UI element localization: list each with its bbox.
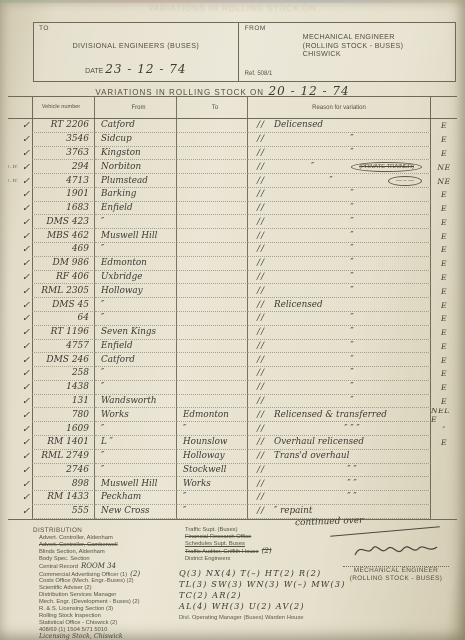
reason-text: Overhaul relicensed [274,437,430,447]
to-location: Holloway [177,450,248,464]
tally-marks: ∕∕ [248,244,274,254]
table-row: ✓RF 406Uxbridge∕∕″E [8,271,457,285]
row-gutter: ✓ [8,477,32,491]
margin-code: E [431,119,457,133]
to-location: ″ [177,505,248,519]
col-header-reason: Reason for variation [248,97,431,118]
code-line: TL(3) SW(3) WN(3) W(–) MW(3) [179,579,337,590]
row-gutter: ✓ [8,381,32,395]
margin-code: E [431,243,457,257]
signature-block: MECHANICAL ENGINEER (ROLLING STOCK - BUS… [337,527,455,638]
table-row: ✓1438″∕∕″E [8,381,457,395]
from-location: Barking [95,188,177,202]
margin-code [431,477,457,491]
table-row: ✓RT 2206Catford∕∕DelicensedE [8,119,457,133]
to-location [177,147,248,161]
table-row: ✓DMS 423″∕∕″E [8,215,457,229]
table-row: ✓RM 1401L ″Hounslow∕∕Overhaul relicensed… [8,436,457,450]
vehicle-number: 258 [32,367,95,381]
vehicle-number: 780 [32,408,95,422]
from-location: Holloway [95,284,177,298]
reason-cell: ∕∕″ ″ [248,491,431,505]
from-location: Muswell Hill [95,229,177,243]
table-row: ✓3546Sidcup∕∕″E [8,133,457,147]
from-location: Enfield [95,202,177,216]
table-row: ✓RT 1196Seven Kings∕∕″E [8,326,457,340]
signature-caption-1: MECHANICAL ENGINEER [337,567,455,575]
row-gutter: ✓ [8,271,32,285]
reason-cell: ∕∕″ ″ ″ [248,422,431,436]
reason-text: ″ [274,162,351,172]
reason-cell: ∕∕″ [248,188,431,202]
vehicle-number: 64 [32,312,95,326]
table-row: Pte. tr.✓4713Plumstead∕∕″— – —NE [8,174,457,188]
vehicle-number: 898 [32,477,95,491]
vehicle-number: 1609 [32,422,95,436]
check-icon: ✓ [22,492,30,503]
tally-marks: ∕∕ [248,286,274,296]
tally-marks: ∕∕ [248,437,274,447]
tally-marks: ∕∕ [248,176,274,186]
tally-marks: ∕∕ [248,203,274,213]
margin-code: E [431,381,457,395]
list-item: Mech. Engr. (Development - Buses) (2) [33,599,179,606]
scanned-form-page: VARIATIONS IN ROLLING STOCK ON TO DIVISI… [0,0,465,640]
from-box: FROM MECHANICAL ENGINEER (ROLLING STOCK … [239,23,455,81]
table-row: ✓RML 2749″Holloway∕∕Trans'd overhaul [8,450,457,464]
from-location: Muswell Hill [95,477,177,491]
margin-code: ″ [431,422,457,436]
garage-allocation-codes: Q(3) NX(4) T(–) HT(2) R(2)TL(3) SW(3) WN… [179,568,337,612]
table-row: ✓1609″″∕∕″ ″ ″″ [8,422,457,436]
margin-code: E [431,340,457,354]
recipient-items: Traffic Supt. (Buses)Financial Research … [179,527,337,563]
margin-code: E [431,298,457,312]
tally-marks: ∕∕ [248,506,274,516]
table-row: ✓258″∕∕″E [8,367,457,381]
vehicle-number: 2746 [32,464,95,478]
vehicle-number: RM 1401 [32,436,95,450]
table-body: ✓RT 2206Catford∕∕DelicensedE✓3546Sidcup∕… [8,119,457,520]
reason-annotation: (PRIVATE TRAINER) [351,162,422,172]
margin-code: E [431,215,457,229]
check-icon: ✓ [22,479,30,490]
list-item: Traffic Auditor, Griffith House(2) [179,548,337,556]
to-value: DIVISIONAL ENGINEERS (BUSES) [39,41,233,50]
margin-code [431,505,457,519]
list-item-text: Mech. Engr. (Development - Buses) (2) [39,599,140,605]
row-gutter: ✓ [8,505,32,519]
ink-bleed-ghost-text: VARIATIONS IN ROLLING STOCK ON [60,4,405,13]
margin-code: E [431,284,457,298]
from-location: Peckham [95,491,177,505]
to-location [177,367,248,381]
tally-marks: ∕∕ [248,134,274,144]
from-location: ″ [95,464,177,478]
handwritten-addition: (2) [262,547,272,555]
from-location: ″ [95,367,177,381]
from-location: Wandsworth [95,395,177,409]
to-location [177,271,248,285]
reason-text: ″ [274,355,430,365]
reason-text: ″ ″ ″ [274,424,430,434]
from-location: New Cross [95,505,177,519]
list-item-text: Traffic Supt. (Buses) [185,527,238,533]
from-location: Kingston [95,147,177,161]
reason-cell: ∕∕″(PRIVATE TRAINER) [248,160,431,174]
list-item-text: Licensing Stock, Chiswick [39,633,123,640]
signature-scribble-icon [351,539,441,561]
to-location [177,160,248,174]
check-icon: ✓ [22,134,30,145]
from-location: Norbiton [95,160,177,174]
list-item-text: Advert. Controller, Aldenham [39,535,113,541]
margin-code: E [431,367,457,381]
tally-marks: ∕∕ [248,368,274,378]
table-row: ✓RML 2305Holloway∕∕″E [8,284,457,298]
from-location: Catford [95,353,177,367]
vehicle-number: 555 [32,505,95,519]
from-location: ″ [95,381,177,395]
reason-cell: ∕∕″ [248,367,431,381]
from-location: Catford [95,119,177,133]
list-item-text: Traffic Auditor, Griffith House [185,549,259,555]
reason-text: ″ ″ [274,492,430,502]
col-header-to: To [177,97,248,118]
col-header-vehicle: Vehicle number [32,97,95,118]
list-item-text: District Engineers [185,556,230,562]
margin-code: E [431,202,457,216]
to-location [177,312,248,326]
margin-code: NE [431,174,457,188]
reference-number: Ref. 508/1 [245,71,273,77]
tally-marks: ∕∕ [248,313,274,323]
table-row: ✓3763Kingston∕∕″E [8,147,457,161]
margin-code: E [431,353,457,367]
reason-text: ″ repaint [274,506,430,516]
from-address: MECHANICAL ENGINEER (ROLLING STOCK - BUS… [303,33,449,59]
row-gutter: ✓ [8,436,32,450]
table-row: ✓DMS 45″∕∕RelicensedE [8,298,457,312]
vehicle-number: RF 406 [32,271,95,285]
reason-cell: ∕∕″ [248,243,431,257]
list-item-text: Schedules Supt. Buses [185,541,245,547]
row-gutter: ✓ [8,491,32,505]
check-icon: ✓ [22,437,30,448]
reason-cell: ∕∕Relicensed & transferred [248,408,431,422]
from-location: Enfield [95,340,177,354]
row-gutter: ✓ [8,312,32,326]
reason-text: Delicensed [274,120,430,130]
to-location [177,340,248,354]
list-item: Licensing Stock, Chiswick [33,634,179,640]
row-gutter: ✓ [8,147,32,161]
date-handwritten: 23 - 12 - 74 [105,62,186,76]
row-gutter: ✓ [8,243,32,257]
tally-marks: ∕∕ [248,189,274,199]
reason-text: ″ [274,341,430,351]
check-icon: ✓ [22,300,30,311]
distribution-list: DISTRIBUTION Advert. Controller, Aldenha… [33,527,179,638]
vehicle-number: 131 [32,395,95,409]
scan-artifact-fringe [0,0,465,3]
table-row: ✓555New Cross″∕∕″ repaint [8,505,457,519]
margin-code: E [431,188,457,202]
reason-cell: ∕∕″ ″ [248,464,431,478]
row-gutter: ✓ [8,353,32,367]
vehicle-number: RT 2206 [32,119,95,133]
margin-code [431,450,457,464]
col-header-from: From [95,97,177,118]
to-location: Stockwell [177,464,248,478]
vehicle-number: 294 [32,160,95,174]
reason-text: Trans'd overhaul [274,451,430,461]
reason-cell: ∕∕″ [248,133,431,147]
row-gutter: ✓ [8,188,32,202]
tally-marks: ∕∕ [248,327,274,337]
to-location [177,326,248,340]
table-row: ✓1683Enfield∕∕″E [8,202,457,216]
reason-cell: ∕∕″ [248,229,431,243]
from-location: Uxbridge [95,271,177,285]
list-item-text: Central Record [39,564,78,570]
handwritten-addition: ROOM 34 [81,562,116,570]
to-location [177,119,248,133]
to-location [177,257,248,271]
tally-marks: ∕∕ [248,465,274,475]
list-item-text: Statistical Office - Chiswick (2) [39,620,117,626]
reason-text: ″ [274,176,388,186]
margin-code [431,491,457,505]
reason-text: ″ [274,189,430,199]
table-row: ✓RM 1433Peckham″∕∕″ ″ [8,491,457,505]
from-location: ″ [95,422,177,436]
reason-cell: ∕∕″ [248,284,431,298]
margin-code: E [431,229,457,243]
reason-text: ″ [274,258,430,268]
to-location [177,395,248,409]
row-gutter: ✓ [8,284,32,298]
check-icon: ✓ [22,451,30,462]
reason-cell: ∕∕Relicensed [248,298,431,312]
row-gutter: ✓ [8,257,32,271]
to-location [177,229,248,243]
from-location: ″ [95,312,177,326]
check-icon: ✓ [22,396,30,407]
to-location: Edmonton [177,408,248,422]
margin-code: E [431,257,457,271]
vehicle-number: 4713 [32,174,95,188]
list-item: Traffic Supt. (Buses) [179,527,337,534]
recipients-column: Traffic Supt. (Buses)Financial Research … [179,527,337,638]
list-item-text: R. & S. Licensing Section (3) [39,606,113,612]
reason-text: ″ [274,396,430,406]
row-gutter: ✓ [8,133,32,147]
row-gutter: ✓ [8,408,32,422]
from-location: Edmonton [95,257,177,271]
row-gutter: ✓ [8,326,32,340]
margin-code: E [431,436,457,450]
to-location [177,202,248,216]
reason-text: Relicensed [274,300,430,310]
vehicle-number: 1683 [32,202,95,216]
from-location: ″ [95,450,177,464]
vehicle-number: RT 1196 [32,326,95,340]
table-row: ✓898Muswell HillWorks∕∕″ ″ [8,477,457,491]
list-item: Distribution Services Manager [33,592,179,599]
date-line: DATE 23 - 12 - 74 [34,62,238,76]
tally-marks: ∕∕ [248,258,274,268]
list-item-text: Costs Office (Mech. Engr.-Buses) (2) [39,578,134,584]
check-icon: ✓ [22,148,30,159]
vehicle-number: 4757 [32,340,95,354]
from-location: Works [95,408,177,422]
list-item: Commercial Advertising Officer (1)(2) [33,571,179,579]
code-line: AL(4) WH(3) U(2) AV(2) [179,601,337,612]
margin-code: E [431,147,457,161]
table-row: ✓MBS 462Muswell Hill∕∕″E [8,229,457,243]
row-gutter: Pte. tr.✓ [8,174,32,188]
row-gutter: Pte. tr.✓ [8,160,32,174]
table-row: ✓64″∕∕″E [8,312,457,326]
row-gutter: ✓ [8,229,32,243]
table-row: ✓1901Barking∕∕″E [8,188,457,202]
check-icon: ✓ [22,244,30,255]
tally-marks: ∕∕ [248,162,274,172]
vehicle-number: DM 986 [32,257,95,271]
reason-text: ″ [274,244,430,254]
signature [343,539,449,567]
header-boxes: TO DIVISIONAL ENGINEERS (BUSES) DATE 23 … [33,22,456,82]
list-item: Blinds Section, Aldenham [33,549,179,556]
row-gutter: ✓ [8,119,32,133]
margin-note: Pte. tr. [8,164,18,170]
list-item: Statistical Office - Chiswick (2) [33,620,179,627]
from-label: FROM [245,25,449,32]
margin-code: E [431,271,457,285]
vehicle-number: 1901 [32,188,95,202]
tally-marks: ∕∕ [248,120,274,130]
vehicle-number: RML 2305 [32,284,95,298]
list-item: Advert. Controller, Aldenham [33,535,179,542]
reason-text: ″ [274,368,430,378]
reason-cell: ∕∕Delicensed [248,119,431,133]
list-item-text: Scientific Adviser (2) [39,585,92,591]
tally-marks: ∕∕ [248,410,274,420]
reason-cell: ∕∕″ [248,312,431,326]
reason-text: ″ [274,203,430,213]
table-row: ✓780WorksEdmonton∕∕Relicensed & transfer… [8,408,457,422]
check-icon: ✓ [22,120,30,131]
check-icon: ✓ [22,189,30,200]
to-location [177,284,248,298]
tally-marks: ∕∕ [248,148,274,158]
list-item-text: Distribution Services Manager [39,592,116,598]
handwritten-addition: (2) [130,570,140,578]
reason-cell: ∕∕″— – — [248,174,431,188]
check-icon: ✓ [22,506,30,517]
reason-text: ″ [274,134,430,144]
reason-cell: ∕∕″ [248,271,431,285]
list-item: Central RecordROOM 34 [33,563,179,571]
check-icon: ✓ [22,424,30,435]
reason-text: ″ ″ [274,479,430,489]
vehicle-number: 1438 [32,381,95,395]
reason-cell: ∕∕Overhaul relicensed [248,436,431,450]
check-icon: ✓ [22,465,30,476]
to-location: ″ [177,422,248,436]
check-icon: ✓ [22,176,30,187]
tally-marks: ∕∕ [248,300,274,310]
list-item: Costs Office (Mech. Engr.-Buses) (2) [33,578,179,585]
reason-cell: ∕∕″ [248,215,431,229]
to-location [177,188,248,202]
row-gutter: ✓ [8,464,32,478]
table-row: Pte. tr.✓294Norbiton∕∕″(PRIVATE TRAINER)… [8,160,457,174]
reason-text: ″ [274,286,430,296]
to-box: TO DIVISIONAL ENGINEERS (BUSES) DATE 23 … [34,23,239,81]
reason-text: ″ ″ [274,465,430,475]
to-location [177,133,248,147]
vehicle-number: RML 2749 [32,450,95,464]
reason-cell: ∕∕Trans'd overhaul [248,450,431,464]
tally-marks: ∕∕ [248,231,274,241]
vehicle-number: RM 1433 [32,491,95,505]
check-icon: ✓ [22,327,30,338]
row-gutter: ✓ [8,298,32,312]
row-gutter: ✓ [8,450,32,464]
code-line: TC(2) AR(2) [179,590,337,601]
to-location: Hounslow [177,436,248,450]
check-icon: ✓ [22,313,30,324]
reason-text: Relicensed & transferred [274,410,430,420]
check-icon: ✓ [22,203,30,214]
to-location [177,243,248,257]
table-row: ✓DMS 246Catford∕∕″E [8,353,457,367]
list-item-text: Commercial Advertising Officer (1) [39,572,127,578]
reason-text: ″ [274,217,430,227]
reason-cell: ∕∕″ [248,395,431,409]
list-item-text: Body Spec. Section [39,556,90,562]
tally-marks: ∕∕ [248,396,274,406]
to-location [177,298,248,312]
row-gutter: ✓ [8,422,32,436]
margin-code: E [431,326,457,340]
to-location [177,174,248,188]
check-icon: ✓ [22,410,30,421]
row-gutter: ✓ [8,202,32,216]
reason-cell: ∕∕″ [248,340,431,354]
check-icon: ✓ [22,217,30,228]
tally-marks: ∕∕ [248,272,274,282]
tally-marks: ∕∕ [248,451,274,461]
list-item: District Engineers [179,556,337,563]
check-icon: ✓ [22,258,30,269]
list-item: R. & S. Licensing Section (3) [33,606,179,613]
list-item: Schedules Supt. Buses [179,541,337,548]
to-label: TO [39,25,233,32]
tally-marks: ∕∕ [248,341,274,351]
check-icon: ✓ [22,231,30,242]
margin-code: NEL E [431,408,457,422]
list-item-text: Advert. Controller, Camberwell [39,542,118,548]
tally-marks: ∕∕ [248,217,274,227]
tally-marks: ∕∕ [248,424,274,434]
margin-code: NE [431,160,457,174]
to-location [177,215,248,229]
list-item: Rolling Stock Inspection [33,613,179,620]
tally-marks: ∕∕ [248,355,274,365]
